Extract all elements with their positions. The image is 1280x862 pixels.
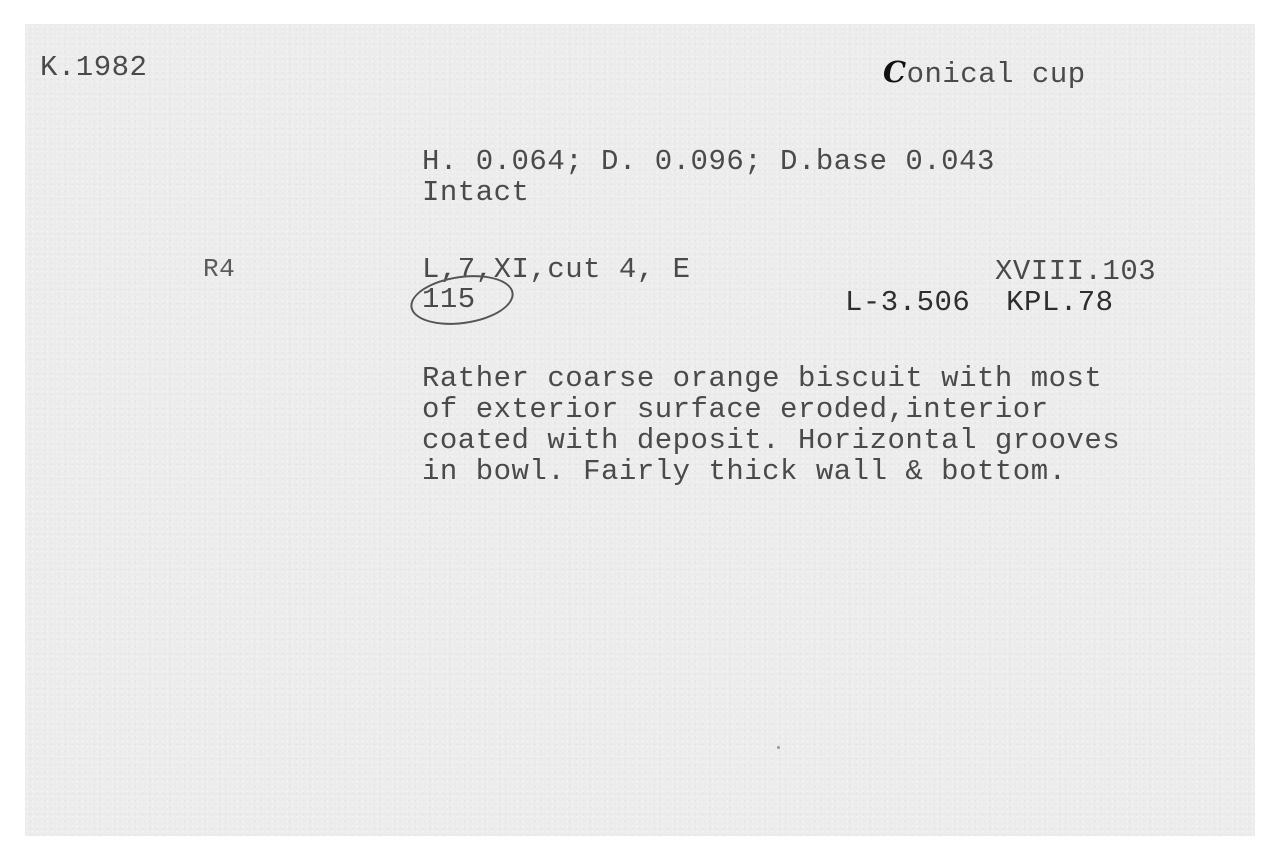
plate-ref: XVIII.103 xyxy=(995,256,1156,287)
inventory-refs: L-3.506 KPL.78 xyxy=(845,287,1114,318)
room-code: R4 xyxy=(203,254,235,285)
description-line: Rather coarse orange biscuit with most xyxy=(422,363,1102,394)
object-title: Conical cup xyxy=(883,57,1086,90)
paper-speck xyxy=(777,746,780,749)
description-line: of exterior surface eroded,interior xyxy=(422,394,1049,425)
circled-number-wrap: 115 xyxy=(422,284,476,315)
description-line: in bowl. Fairly thick wall & bottom. xyxy=(422,456,1067,487)
dimensions: H. 0.064; D. 0.096; D.base 0.043 xyxy=(422,146,995,177)
title-initial: C xyxy=(883,55,907,89)
title-rest: onical cup xyxy=(907,58,1086,91)
catalog-number: K.1982 xyxy=(40,52,147,83)
circled-number: 115 xyxy=(422,284,476,315)
catalog-card: K.1982 Conical cup H. 0.064; D. 0.096; D… xyxy=(25,24,1255,836)
description-line: coated with deposit. Horizontal grooves xyxy=(422,425,1120,456)
condition: Intact xyxy=(422,177,529,208)
